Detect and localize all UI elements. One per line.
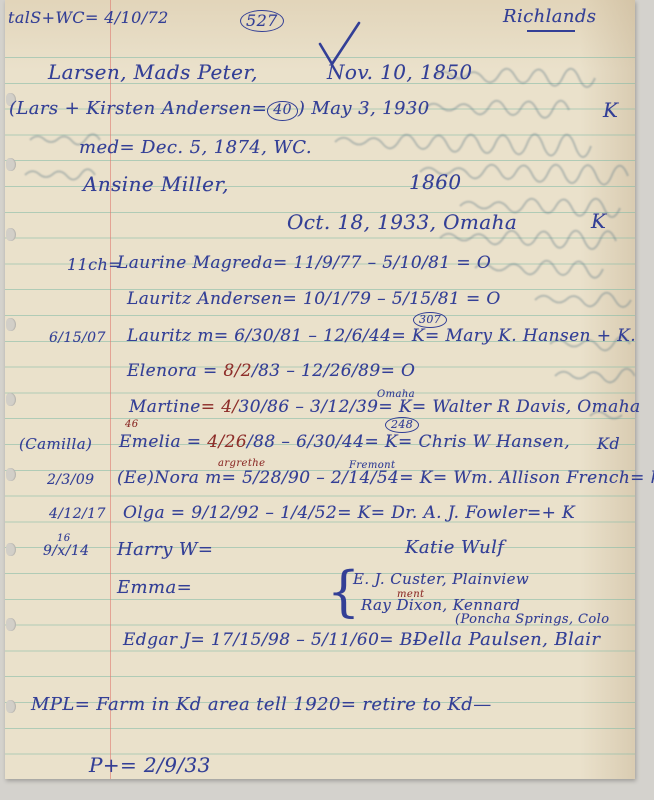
birth-date: Nov. 10, 1850 bbox=[327, 60, 472, 84]
child-entry: Lauritz Andersen= 10/1/79 – 5/15/81 = O bbox=[127, 289, 501, 309]
margin-name-variant: (Camilla) bbox=[19, 435, 92, 453]
margin-date: 4/12/17 bbox=[49, 506, 106, 522]
margin-date-correction: 16 bbox=[57, 533, 71, 544]
child-name: (Ee)Nora m bbox=[117, 468, 222, 488]
parents-line: (Lars + Kirsten Andersen=40) May 3, 1930 bbox=[9, 98, 430, 121]
torn-edge-notch bbox=[6, 543, 16, 556]
spouse-first-name: Ray bbox=[361, 596, 391, 614]
record-name: Larsen, Mads Peter, bbox=[48, 60, 258, 84]
scanned-genealogy-page: { "colors":{"ink_blue":"#333f96","ink_re… bbox=[0, 0, 654, 800]
torn-edge-notch bbox=[6, 393, 16, 406]
spouse-name: Della Paulsen, Blair bbox=[413, 629, 600, 650]
margin-date: 2/3/09 bbox=[47, 472, 94, 488]
child-entry: Laurine Magreda= 11/9/77 – 5/10/81 = O bbox=[117, 253, 491, 273]
child-dates: /88 – 6/30/44= K= Chris W Hansen, bbox=[247, 432, 570, 452]
spouse-death-line: Oct. 18, 1933, Omaha bbox=[287, 210, 517, 234]
torn-edge-notch bbox=[6, 700, 16, 713]
source-code-k: K bbox=[603, 98, 618, 122]
child-entry: Emelia = 4/26/88 – 6/30/44= K= Chris W H… bbox=[119, 432, 570, 452]
torn-edge-notch bbox=[6, 228, 16, 241]
child-entry: Harry W= bbox=[117, 539, 213, 560]
red-correction: = 4/ bbox=[201, 397, 239, 417]
red-correction: 4/26 bbox=[207, 432, 247, 452]
red-correction: 8/2 bbox=[223, 361, 252, 381]
spouse-birth-year: 1860 bbox=[409, 170, 462, 194]
child-entry: Olga = 9/12/92 – 1/4/52= K= Dr. A. J. Fo… bbox=[123, 503, 575, 523]
child-name: Emelia = bbox=[119, 432, 207, 452]
place-annotation: (Poncha Springs, Colo bbox=[455, 612, 609, 627]
death-date: ) May 3, 1930 bbox=[298, 98, 430, 119]
spouse-name: Katie Wulf bbox=[405, 537, 504, 558]
children-count: 11ch= bbox=[67, 255, 122, 274]
locality-heading: Richlands bbox=[503, 6, 596, 27]
footer-code: P+= 2/9/33 bbox=[89, 753, 211, 777]
child-entry: (Ee)Nora m= 5/28/90 – 2/14/54= K= Wm. Al… bbox=[117, 468, 654, 488]
parents-names: (Lars + Kirsten Andersen= bbox=[9, 98, 267, 119]
red-annotation: 46 bbox=[125, 419, 139, 430]
torn-edge-notch bbox=[6, 468, 16, 481]
child-name: Martine bbox=[129, 397, 201, 417]
child-name: Elenora = bbox=[127, 361, 223, 381]
child-entry: Martine= 4/30/86 – 3/12/39= K= Walter R … bbox=[129, 397, 641, 417]
marriage-line: med= Dec. 5, 1874, WC. bbox=[79, 137, 312, 158]
locality-underline bbox=[527, 30, 575, 32]
notebook-paper: talS+WC= 4/10/72 527 Richlands Larsen, M… bbox=[5, 0, 635, 779]
spouse-option: E. J. Custer, Plainview bbox=[353, 570, 529, 588]
torn-edge-notch bbox=[6, 618, 16, 631]
child-entry: Elenora = 8/2/83 – 12/26/89= O bbox=[127, 361, 415, 381]
farm-note: MPL= Farm in Kd area tell 1920= retire t… bbox=[31, 694, 492, 715]
reference-number-circled: 40 bbox=[267, 101, 298, 121]
child-dates: /83 – 12/26/89= O bbox=[252, 361, 415, 381]
reference-number-circled: 307 bbox=[413, 312, 447, 328]
reference-number-circled: 248 bbox=[385, 417, 419, 433]
margin-date: 9/x/14 bbox=[43, 543, 89, 559]
child-entry: Emma= bbox=[117, 577, 192, 598]
child-entry: Lauritz m= 6/30/81 – 12/6/44= K= Mary K.… bbox=[127, 326, 636, 346]
spouse-name: Ansine Miller, bbox=[83, 172, 229, 196]
source-code-kd: Kd bbox=[597, 434, 620, 453]
source-code-k: K bbox=[591, 209, 606, 233]
child-entry: Edgar J= 17/15/98 – 5/11/60= B– bbox=[123, 630, 422, 650]
margin-date: 6/15/07 bbox=[49, 330, 106, 346]
torn-edge-notch bbox=[6, 158, 16, 171]
child-dates: 30/86 – 3/12/39= K= Walter R Davis, Omah… bbox=[239, 397, 641, 417]
page-number-circled: 527 bbox=[240, 10, 284, 32]
archive-code: talS+WC= 4/10/72 bbox=[8, 8, 169, 27]
torn-edge-notch bbox=[6, 318, 16, 331]
child-dates: = 5/28/90 – 2/14/54= K= Wm. Allison Fren… bbox=[222, 468, 654, 488]
